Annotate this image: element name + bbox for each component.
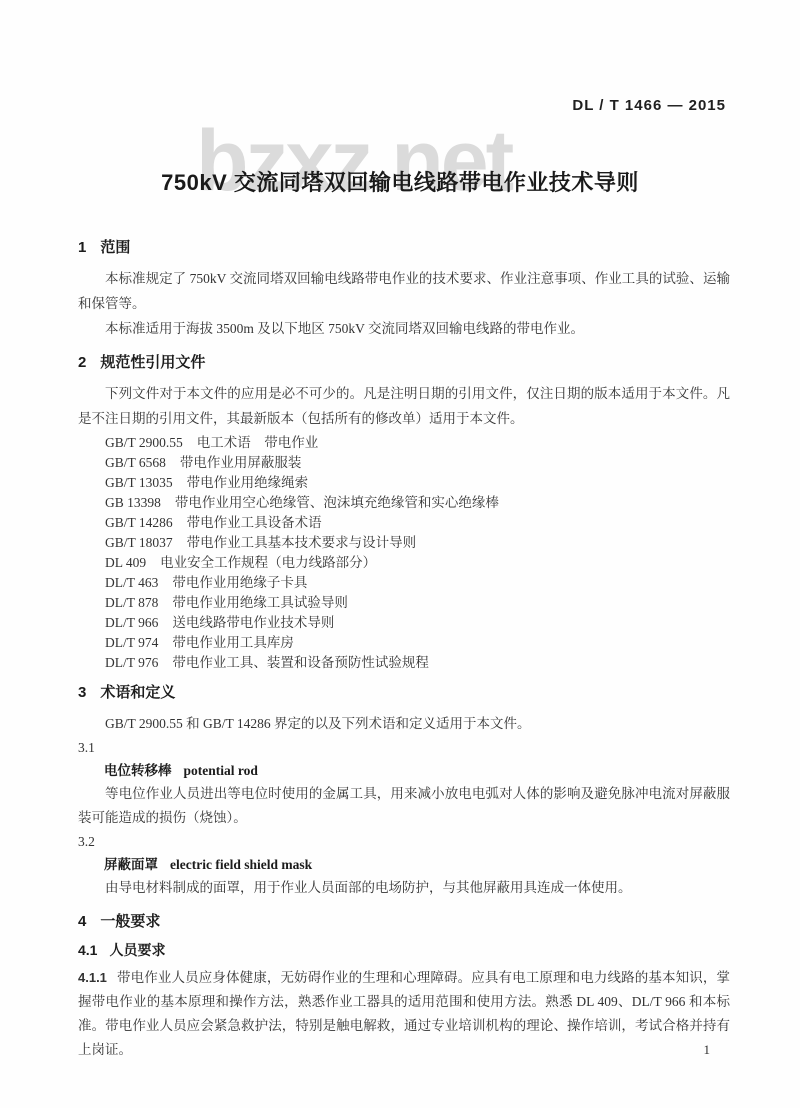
ref-code: GB/T 2900.55	[105, 435, 183, 450]
term-name-en: potential rod	[184, 763, 258, 778]
standard-code: DL / T 1466 — 2015	[572, 97, 726, 114]
term-3-2: 3.2 屏蔽面罩electric field shield mask 由导电材料…	[78, 830, 730, 900]
term-definition: 等电位作业人员进出等电位时使用的金属工具，用来减小放电电弧对人体的影响及避免脉冲…	[78, 782, 730, 830]
reference-item: DL/T 974带电作业用工具库房	[105, 633, 730, 653]
reference-item: GB/T 13035带电作业用绝缘绳索	[105, 473, 730, 493]
ref-title: 电业安全工作规程（电力线路部分）	[160, 555, 376, 570]
references-intro: 下列文件对于本文件的应用是必不可少的。凡是注明日期的引用文件，仅注日期的版本适用…	[78, 381, 730, 431]
reference-item: GB/T 18037带电作业工具基本技术要求与设计导则	[105, 533, 730, 553]
term-number: 3.1	[78, 736, 730, 759]
section-1-heading: 1范围	[78, 238, 730, 258]
reference-item: DL 409电业安全工作规程（电力线路部分）	[105, 553, 730, 573]
ref-title: 带电作业工具、装置和设备预防性试验规程	[172, 655, 429, 670]
section-3-title: 术语和定义	[100, 684, 175, 701]
ref-code: DL/T 976	[105, 655, 158, 670]
reference-item: GB/T 14286带电作业工具设备术语	[105, 513, 730, 533]
term-name-zh: 屏蔽面罩	[104, 857, 158, 872]
section-4-title: 一般要求	[100, 913, 160, 930]
ref-title: 带电作业用绝缘绳索	[187, 475, 309, 490]
clause-4-1-1: 4.1.1带电作业人员应身体健康，无妨碍作业的生理和心理障碍。应具有电工原理和电…	[78, 966, 730, 1062]
reference-item: GB 13398带电作业用空心绝缘管、泡沫填充绝缘管和实心绝缘棒	[105, 493, 730, 513]
ref-code: GB/T 6568	[105, 455, 166, 470]
section-2-title: 规范性引用文件	[100, 354, 205, 371]
ref-title: 电工术语 带电作业	[197, 435, 319, 450]
references-list: GB/T 2900.55电工术语 带电作业 GB/T 6568带电作业用屏蔽服装…	[78, 433, 730, 673]
term-name: 电位转移棒potential rod	[78, 759, 730, 782]
section-2-heading: 2规范性引用文件	[78, 353, 730, 373]
ref-code: GB 13398	[105, 495, 161, 510]
reference-item: DL/T 966送电线路带电作业技术导则	[105, 613, 730, 633]
ref-code: GB/T 18037	[105, 535, 173, 550]
clause-number: 4.1.1	[78, 970, 107, 985]
document-body: 1范围 本标准规定了 750kV 交流同塔双回输电线路带电作业的技术要求、作业注…	[78, 238, 730, 1062]
ref-code: DL/T 966	[105, 615, 158, 630]
term-name-en: electric field shield mask	[170, 857, 312, 872]
term-3-1: 3.1 电位转移棒potential rod 等电位作业人员进出等电位时使用的金…	[78, 736, 730, 830]
ref-code: DL/T 878	[105, 595, 158, 610]
term-name-zh: 电位转移棒	[104, 763, 172, 778]
section-1-number: 1	[78, 239, 86, 256]
ref-code: DL/T 463	[105, 575, 158, 590]
document-title: 750kV 交流同塔双回输电线路带电作业技术导则	[0, 166, 800, 197]
reference-item: DL/T 878带电作业用绝缘工具试验导则	[105, 593, 730, 613]
term-name: 屏蔽面罩electric field shield mask	[78, 853, 730, 876]
ref-code: GB/T 14286	[105, 515, 173, 530]
section-4-number: 4	[78, 913, 86, 930]
ref-title: 带电作业用绝缘子卡具	[172, 575, 307, 590]
scope-paragraph-1: 本标准规定了 750kV 交流同塔双回输电线路带电作业的技术要求、作业注意事项、…	[78, 266, 730, 316]
reference-item: DL/T 463带电作业用绝缘子卡具	[105, 573, 730, 593]
ref-code: GB/T 13035	[105, 475, 173, 490]
clause-text: 带电作业人员应身体健康，无妨碍作业的生理和心理障碍。应具有电工原理和电力线路的基…	[78, 970, 730, 1057]
section-2-number: 2	[78, 354, 86, 371]
section-4-heading: 4一般要求	[78, 912, 730, 932]
section-4-1-title: 人员要求	[109, 942, 165, 958]
document-page: DL / T 1466 — 2015 bzxz.net 750kV 交流同塔双回…	[0, 0, 800, 1108]
section-4-1-number: 4.1	[78, 942, 97, 958]
ref-code: DL 409	[105, 555, 146, 570]
term-definition: 由导电材料制成的面罩，用于作业人员面部的电场防护，与其他屏蔽用具连成一体使用。	[78, 876, 730, 900]
reference-item: GB/T 2900.55电工术语 带电作业	[105, 433, 730, 453]
reference-item: GB/T 6568带电作业用屏蔽服装	[105, 453, 730, 473]
ref-title: 带电作业用工具库房	[172, 635, 294, 650]
term-number: 3.2	[78, 830, 730, 853]
reference-item: DL/T 976带电作业工具、装置和设备预防性试验规程	[105, 653, 730, 673]
scope-paragraph-2: 本标准适用于海拔 3500m 及以下地区 750kV 交流同塔双回输电线路的带电…	[78, 316, 730, 341]
ref-title: 带电作业用屏蔽服装	[180, 455, 302, 470]
section-1-title: 范围	[100, 239, 130, 256]
ref-title: 带电作业工具设备术语	[187, 515, 322, 530]
ref-title: 带电作业用绝缘工具试验导则	[172, 595, 348, 610]
ref-title: 送电线路带电作业技术导则	[172, 615, 334, 630]
ref-title: 带电作业用空心绝缘管、泡沫填充绝缘管和实心绝缘棒	[175, 495, 499, 510]
section-4-1-heading: 4.1人员要求	[78, 940, 730, 960]
ref-code: DL/T 974	[105, 635, 158, 650]
section-3-heading: 3术语和定义	[78, 683, 730, 703]
terms-intro: GB/T 2900.55 和 GB/T 14286 界定的以及下列术语和定义适用…	[78, 711, 730, 736]
ref-title: 带电作业工具基本技术要求与设计导则	[187, 535, 417, 550]
page-number: 1	[704, 1042, 711, 1058]
section-3-number: 3	[78, 684, 86, 701]
